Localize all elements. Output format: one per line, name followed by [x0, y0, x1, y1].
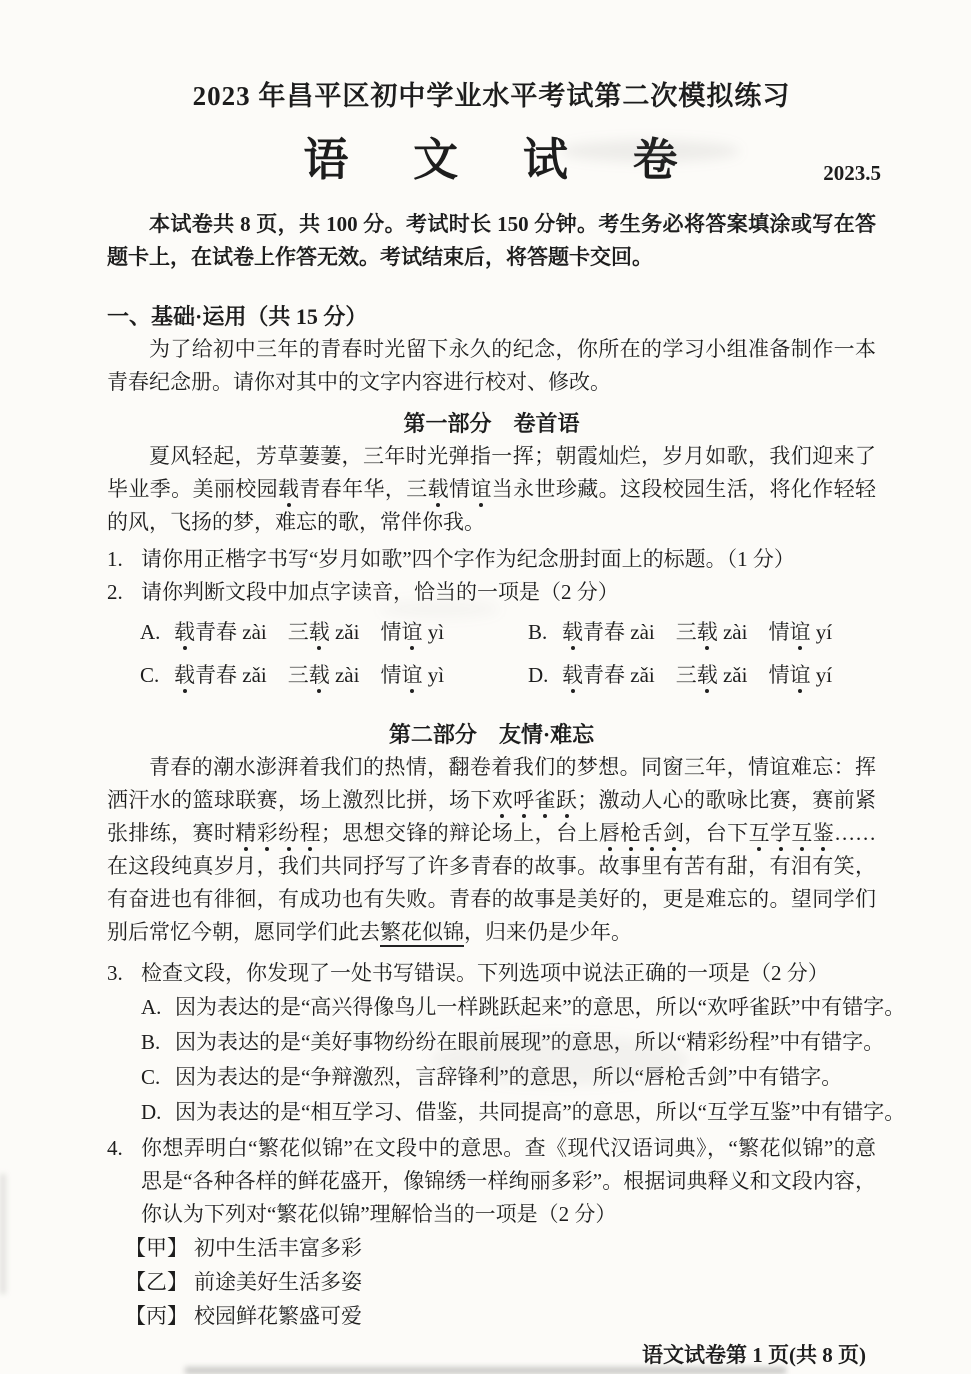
- q4-choice-jia: 【甲】初中生活丰富多彩: [125, 1231, 876, 1265]
- q2-option-b: B.载青春 zài 三载 zài 情谊 yí: [528, 613, 876, 651]
- option-text: 因为表达的是“相互学习、借鉴，共同提高”的意思，所以“互学互鉴”中有错字。: [175, 1100, 905, 1124]
- question-1-text: 请你用正楷字书写“岁月如歌”四个字作为纪念册封面上的标题。（1 分）: [141, 547, 795, 571]
- choice-text: 初中生活丰富多彩: [194, 1236, 362, 1260]
- question-3: 3. 检查文段，你发现了一处书写错误。下列选项中说法正确的一项是（2 分）: [107, 957, 876, 990]
- option-label: D.: [528, 656, 562, 694]
- paper-title-row: 语 文 试 卷 2023.5: [107, 128, 876, 192]
- q3-option-c: C.因为表达的是“争辩激烈，言辞锋利”的意思，所以“唇枪舌剑”中有错字。: [141, 1060, 876, 1095]
- question-3-options: A.因为表达的是“高兴得像鸟儿一样跳跃起来”的意思，所以“欢呼雀跃”中有错字。 …: [141, 990, 876, 1130]
- option-text: 因为表达的是“高兴得像鸟儿一样跳跃起来”的意思，所以“欢呼雀跃”中有错字。: [175, 995, 905, 1019]
- question-3-text: 检查文段，你发现了一处书写错误。下列选项中说法正确的一项是（2 分）: [141, 961, 829, 985]
- question-3-number: 3.: [107, 957, 123, 990]
- q3-option-d: D.因为表达的是“相互学习、借鉴，共同提高”的意思，所以“互学互鉴”中有错字。: [141, 1095, 876, 1130]
- option-label: A.: [141, 990, 175, 1025]
- section-1-heading: 一、基础·运用（共 15 分）: [107, 300, 876, 333]
- option-text: 载青春 zài 三载 zǎi 情谊 yì: [174, 620, 444, 644]
- question-4-choices: 【甲】初中生活丰富多彩 【乙】前途美好生活多姿 【丙】校园鲜花繁盛可爱: [125, 1231, 876, 1333]
- part-1-heading: 第一部分 卷首语: [107, 407, 876, 440]
- paper-title: 语 文 试 卷: [107, 128, 876, 192]
- question-4-number: 4.: [107, 1132, 123, 1165]
- question-4-text: 你想弄明白“繁花似锦”在文段中的意思。查《现代汉语词典》，“繁花似锦”的意思是“…: [141, 1136, 876, 1226]
- exam-title: 2023 年昌平区初中学业水平考试第二次模拟练习: [107, 78, 876, 114]
- option-text: 载青春 zǎi 三载 zài 情谊 yì: [174, 663, 444, 687]
- option-text: 载青春 zài 三载 zài 情谊 yí: [562, 620, 832, 644]
- exam-instructions: 本试卷共 8 页，共 100 分。考试时长 150 分钟。考生务必将答案填涂或写…: [107, 208, 876, 274]
- option-text: 载青春 zǎi 三载 zǎi 情谊 yí: [562, 663, 832, 687]
- q2-option-d: D.载青春 zǎi 三载 zǎi 情谊 yí: [528, 656, 876, 694]
- question-2-options: A.载青春 zài 三载 zǎi 情谊 yì B.载青春 zài 三载 zài …: [140, 613, 876, 694]
- option-label: C.: [140, 656, 174, 694]
- scan-shadow: [0, 1174, 6, 1294]
- choice-text: 前途美好生活多姿: [194, 1270, 362, 1294]
- exam-paper-page: 2023 年昌平区初中学业水平考试第二次模拟练习 语 文 试 卷 2023.5 …: [0, 0, 971, 1374]
- choice-label: 【丙】: [125, 1299, 188, 1333]
- question-1: 1. 请你用正楷字书写“岁月如歌”四个字作为纪念册封面上的标题。（1 分）: [107, 543, 876, 576]
- question-2: 2. 请你判断文段中加点字读音，恰当的一项是（2 分）: [107, 576, 876, 609]
- option-label: A.: [140, 613, 174, 651]
- page-footer: 语文试卷第 1 页(共 8 页): [107, 1339, 876, 1372]
- option-label: C.: [141, 1060, 175, 1095]
- question-2-text: 请你判断文段中加点字读音，恰当的一项是（2 分）: [141, 580, 619, 604]
- option-text: 因为表达的是“美好事物纷纷在眼前展现”的意思，所以“精彩纷程”中有错字。: [175, 1030, 884, 1054]
- part-2-heading: 第二部分 友情·难忘: [107, 718, 876, 751]
- q4-choice-yi: 【乙】前途美好生活多姿: [125, 1265, 876, 1299]
- question-1-number: 1.: [107, 543, 123, 576]
- choice-label: 【甲】: [125, 1231, 188, 1265]
- option-label: B.: [528, 613, 562, 651]
- option-label: B.: [141, 1025, 175, 1060]
- question-2-number: 2.: [107, 576, 123, 609]
- q4-choice-bing: 【丙】校园鲜花繁盛可爱: [125, 1299, 876, 1333]
- choice-text: 校园鲜花繁盛可爱: [194, 1304, 362, 1328]
- choice-label: 【乙】: [125, 1265, 188, 1299]
- part-2-passage: 青春的潮水澎湃着我们的热情，翻卷着我们的梦想。同窗三年，情谊难忘：挥洒汗水的篮球…: [107, 751, 876, 949]
- q2-option-a: A.载青春 zài 三载 zǎi 情谊 yì: [140, 613, 528, 651]
- paper-date: 2023.5: [823, 157, 881, 190]
- section-1-intro: 为了给初中三年的青春时光留下永久的纪念，你所在的学习小组准备制作一本青春纪念册。…: [107, 333, 876, 399]
- q3-option-b: B.因为表达的是“美好事物纷纷在眼前展现”的意思，所以“精彩纷程”中有错字。: [141, 1025, 876, 1060]
- question-4: 4. 你想弄明白“繁花似锦”在文段中的意思。查《现代汉语词典》，“繁花似锦”的意…: [107, 1132, 876, 1231]
- part-1-passage: 夏风轻起，芳草萋萋，三年时光弹指一挥；朝霞灿烂，岁月如歌，我们迎来了毕业季。美丽…: [107, 440, 876, 539]
- option-text: 因为表达的是“争辩激烈，言辞锋利”的意思，所以“唇枪舌剑”中有错字。: [175, 1065, 842, 1089]
- q2-option-c: C.载青春 zǎi 三载 zài 情谊 yì: [140, 656, 528, 694]
- option-label: D.: [141, 1095, 175, 1130]
- q3-option-a: A.因为表达的是“高兴得像鸟儿一样跳跃起来”的意思，所以“欢呼雀跃”中有错字。: [141, 990, 876, 1025]
